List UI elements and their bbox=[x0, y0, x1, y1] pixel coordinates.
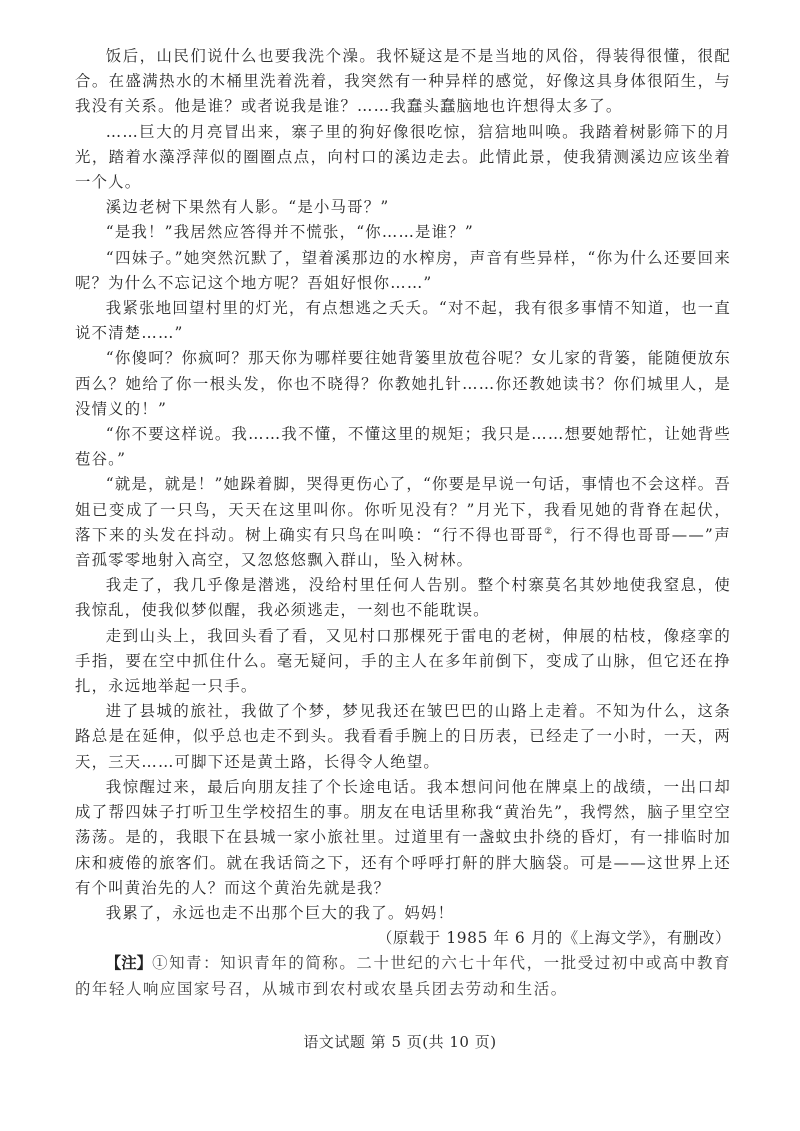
annotation-text: ①知青：知识青年的简称。二十世纪的六七十年代，一批受过初中或高中教育的年轻人响应… bbox=[75, 954, 731, 997]
footnote-marker: ② bbox=[544, 527, 553, 537]
source-note: （原载于 1985 年 6 月的《上海文学》，有删改） bbox=[75, 926, 731, 951]
paragraph: “四妹子。”她突然沉默了，望着溪那边的水榨房，声音有些异样，“你为什么还要回来呢… bbox=[75, 246, 731, 296]
paragraph: 我累了，永远也走不出那个巨大的我了。妈妈！ bbox=[75, 901, 731, 926]
page-footer: 语文试题 第 5 页(共 10 页) bbox=[0, 1031, 800, 1052]
annotation: 【注】①知青：知识青年的简称。二十世纪的六七十年代，一批受过初中或高中教育的年轻… bbox=[75, 951, 731, 1001]
paragraph: 我紧张地回望村里的灯光，有点想逃之夭夭。“对不起，我有很多事情不知道，也一直说不… bbox=[75, 296, 731, 346]
paragraph: 进了县城的旅社，我做了个梦，梦见我还在皱巴巴的山路上走着。不知为什么，这条路总是… bbox=[75, 699, 731, 775]
paragraph: 溪边老树下果然有人影。“是小马哥？” bbox=[75, 195, 731, 220]
paragraph: 我走了，我几乎像是潜逃，没给村里任何人告别。整个村寨莫名其妙地使我窒息，使我惊乱… bbox=[75, 573, 731, 623]
document-body: 饭后，山民们说什么也要我洗个澡。我怀疑这是不是当地的风俗，得装得很懂，很配合。在… bbox=[75, 44, 731, 1002]
annotation-label: 【注】 bbox=[106, 954, 152, 972]
paragraph: “你不要这样说。我……我不懂，不懂这里的规矩；我只是……想要她帮忙，让她背些苞谷… bbox=[75, 422, 731, 472]
paragraph: ……巨大的月亮冒出来，寨子里的狗好像很吃惊，狺狺地叫唤。我踏着树影筛下的月光，踏… bbox=[75, 120, 731, 196]
paragraph: “是我！”我居然应答得并不慌张，“你……是谁？” bbox=[75, 220, 731, 245]
paragraph: 走到山头上，我回头看了看，又见村口那棵死于雷电的老树，伸展的枯枝，像痉挛的手指，… bbox=[75, 624, 731, 700]
paragraph: “你傻呵？你疯呵？那天你为哪样要往她背篓里放苞谷呢？女儿家的背篓，能随便放东西么… bbox=[75, 346, 731, 422]
paragraph-with-footnote: “就是，就是！”她跺着脚，哭得更伤心了，“你要是早说一句话，事情也不会这样。吾姐… bbox=[75, 472, 731, 573]
paragraph: 饭后，山民们说什么也要我洗个澡。我怀疑这是不是当地的风俗，得装得很懂，很配合。在… bbox=[75, 44, 731, 120]
paragraph: 我惊醒过来，最后向朋友挂了个长途电话。我本想问问他在牌桌上的战绩，一出口却成了帮… bbox=[75, 775, 731, 901]
